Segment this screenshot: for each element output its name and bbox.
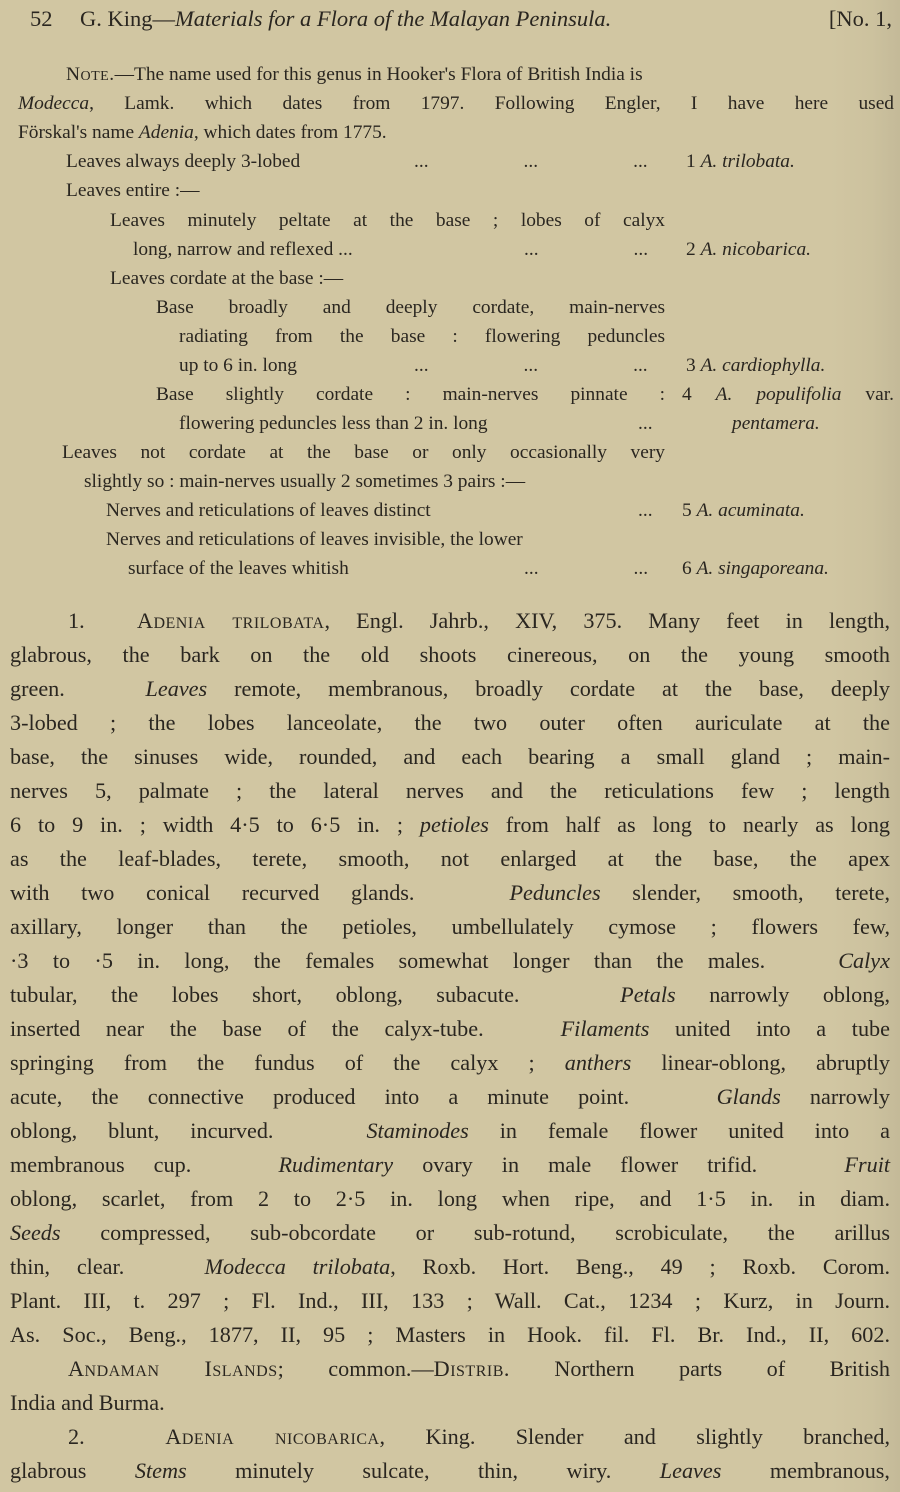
note-label: Note. <box>66 64 115 85</box>
key-leader: ......... <box>414 151 648 173</box>
book-page: 52 G. King—Materials for a Flora of the … <box>0 0 900 1492</box>
key-result-1: 1 A. trilobata. <box>686 151 795 173</box>
key-leader: ......... <box>414 355 648 377</box>
body-line: ·3 to ·5 in. long, the females somewhat … <box>10 948 890 974</box>
body-line: nerves 5, palmate ; the lateral nerves a… <box>10 778 890 804</box>
body-line: Seeds compressed, sub-obcordate or sub-r… <box>10 1220 890 1246</box>
key-row-15: surface of the leaves whitish <box>128 558 349 580</box>
note-line-2: Modecca, Lamk. which dates from 1797. Fo… <box>18 93 894 115</box>
locality: Andaman Islands <box>68 1356 278 1381</box>
body-line: green. Leaves remote, membranous, broadl… <box>10 676 890 702</box>
header-work-title: Materials for a Flora of the Malayan Pen… <box>175 6 611 31</box>
body-line: with two conical recurved glands. Pedunc… <box>10 880 890 906</box>
header-issue: [No. 1, <box>829 6 892 32</box>
key-result-3: 3 A. cardiophylla. <box>686 355 825 377</box>
species-1-heading-line: 1. Adenia trilobata, Engl. Jahrb., XIV, … <box>68 608 890 634</box>
body-line: thin, clear. Modecca trilobata, Roxb. Ho… <box>10 1254 890 1280</box>
body-line: oblong, scarlet, from 2 to 2·5 in. long … <box>10 1186 890 1212</box>
key-row-14: Nerves and reticulations of leaves invis… <box>106 529 523 551</box>
key-row-13: Nerves and reticulations of leaves disti… <box>106 500 431 522</box>
key-result-6: 6 A. singaporeana. <box>682 558 829 580</box>
body-line: As. Soc., Beng., 1877, II, 95 ; Masters … <box>10 1322 890 1348</box>
key-leader: ...... <box>524 239 648 261</box>
body-line: oblong, blunt, incurved. Staminodes in f… <box>10 1118 890 1144</box>
body-line: acute, the connective produced into a mi… <box>10 1084 890 1110</box>
key-row-4: long, narrow and reflexed ... <box>133 239 353 261</box>
body-line: glabrous, the bark on the old shoots cin… <box>10 642 890 668</box>
header-title: G. King—Materials for a Flora of the Mal… <box>80 6 829 32</box>
header-author: G. King— <box>80 6 175 31</box>
species-2-name: Adenia nicobarica <box>165 1424 379 1449</box>
key-leader: ...... <box>524 558 648 580</box>
key-row-8: up to 6 in. long <box>179 355 297 377</box>
key-row-3: Leaves minutely peltate at the base ; lo… <box>110 210 665 232</box>
key-result-2: 2 A. nicobarica. <box>686 239 811 261</box>
key-row-1: Leaves always deeply 3-lobed <box>66 151 300 173</box>
key-leader: ... <box>638 500 653 522</box>
key-row-11: Leaves not cordate at the base or only o… <box>62 442 665 464</box>
body-line: 3-lobed ; the lobes lanceolate, the two … <box>10 710 890 736</box>
body-line: as the leaf-blades, terete, smooth, not … <box>10 846 890 872</box>
running-header: 52 G. King—Materials for a Flora of the … <box>30 6 892 42</box>
key-row-10: flowering peduncles less than 2 in. long <box>179 413 488 435</box>
key-row-5: Leaves cordate at the base :— <box>110 268 343 290</box>
key-result-4: 4 A. populifolia var. <box>682 384 894 406</box>
body-line: Plant. III, t. 297 ; Fl. Ind., III, 133 … <box>10 1288 890 1314</box>
key-row-2: Leaves entire :— <box>66 180 200 202</box>
body-line: inserted near the base of the calyx-tube… <box>10 1016 890 1042</box>
body-line: tubular, the lobes short, oblong, subacu… <box>10 982 890 1008</box>
body-line: axillary, longer than the petioles, umbe… <box>10 914 890 940</box>
body-line: 6 to 9 in. ; width 4·5 to 6·5 in. ; peti… <box>10 812 890 838</box>
body-line: membranous cup. Rudimentary ovary in mal… <box>10 1152 890 1178</box>
species-1-name: Adenia trilobata <box>137 608 325 633</box>
species-2-heading-line: 2. Adenia nicobarica, King. Slender and … <box>68 1424 890 1450</box>
note-line-1: Note.—The name used for this genus in Ho… <box>66 64 643 86</box>
key-leader: ... <box>638 413 653 435</box>
key-row-12: slightly so : main-nerves usually 2 some… <box>84 471 525 493</box>
key-result-4-cont: pentamera. <box>732 413 820 435</box>
body-line: base, the sinuses wide, rounded, and eac… <box>10 744 890 770</box>
key-result-5: 5 A. acuminata. <box>682 500 805 522</box>
key-row-9: Base slightly cordate : main-nerves pinn… <box>156 384 665 406</box>
body-line: springing from the fundus of the calyx ;… <box>10 1050 890 1076</box>
distribution-line: India and Burma. <box>10 1390 890 1416</box>
page-number: 52 <box>30 6 80 32</box>
key-row-6: Base broadly and deeply cordate, main-ne… <box>156 297 665 319</box>
body-line: glabrous Stems minutely sulcate, thin, w… <box>10 1458 890 1484</box>
distribution-line: Andaman Islands; common.—Distrib. Northe… <box>68 1356 890 1382</box>
note-line-3: Förskal's name Adenia, which dates from … <box>18 122 387 144</box>
key-row-7: radiating from the base : flowering pedu… <box>179 326 665 348</box>
